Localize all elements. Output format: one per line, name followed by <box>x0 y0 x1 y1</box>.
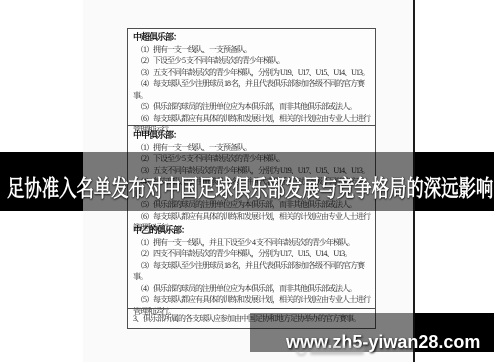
headline: 足协准入名单发布对中国足球俱乐部发展与竞争格局的深远影响 <box>7 170 493 203</box>
list-item: （1）拥有一支一线队，并且下设至少 4 支不同年龄层次的青少年梯队。 <box>133 237 371 249</box>
list-item: （5）俱乐部的球员的注册单位应为本俱乐部，而非其他俱乐部或法人。 <box>133 101 371 113</box>
logo-text-blur <box>310 346 364 355</box>
list-item: （3）每支球队至少注册球员 18 名，并且代表俱乐部参加各级不同的官方赛事。 <box>133 260 371 283</box>
list-item: （3）五支不同年龄层次的青少年梯队，分别为 U19、U17、U15、U14、U1… <box>133 67 371 79</box>
list-item: （4）每支球队至少注册球员 18 名，并且代表俱乐部参加各级不同的官方赛事。 <box>133 78 371 101</box>
news-thumbnail: 中超俱乐部： （1）拥有一支一线队、一支预备队。 （2）下设至少 5 支不同年龄… <box>0 0 500 362</box>
faint-logo-watermark <box>296 345 364 356</box>
list-item: （2）下设至少 5 支不同年龄层次的青少年梯队。 <box>133 55 371 67</box>
section-super-league: 中超俱乐部： （1）拥有一支一线队、一支预备队。 （2）下设至少 5 支不同年龄… <box>128 29 375 126</box>
section-header: 中乙的俱乐部： <box>133 225 371 237</box>
list-item: （2）四支不同年龄层次的青少年梯队，分别为 U17、U15、U14、U13。 <box>133 248 371 260</box>
logo-ring-icon <box>296 345 307 356</box>
section-header: 中甲俱乐部： <box>133 130 371 142</box>
section-league-two: 中乙的俱乐部： （1）拥有一支一线队，并且下设至少 4 支不同年龄层次的青少年梯… <box>128 222 375 317</box>
list-item: （4）俱乐部的球员的注册单位应为本俱乐部，而非其他俱乐部或法人。 <box>133 283 371 295</box>
section-header: 中超俱乐部： <box>133 32 371 44</box>
list-item: （1）拥有一支一线队、一支预备队。 <box>133 44 371 56</box>
